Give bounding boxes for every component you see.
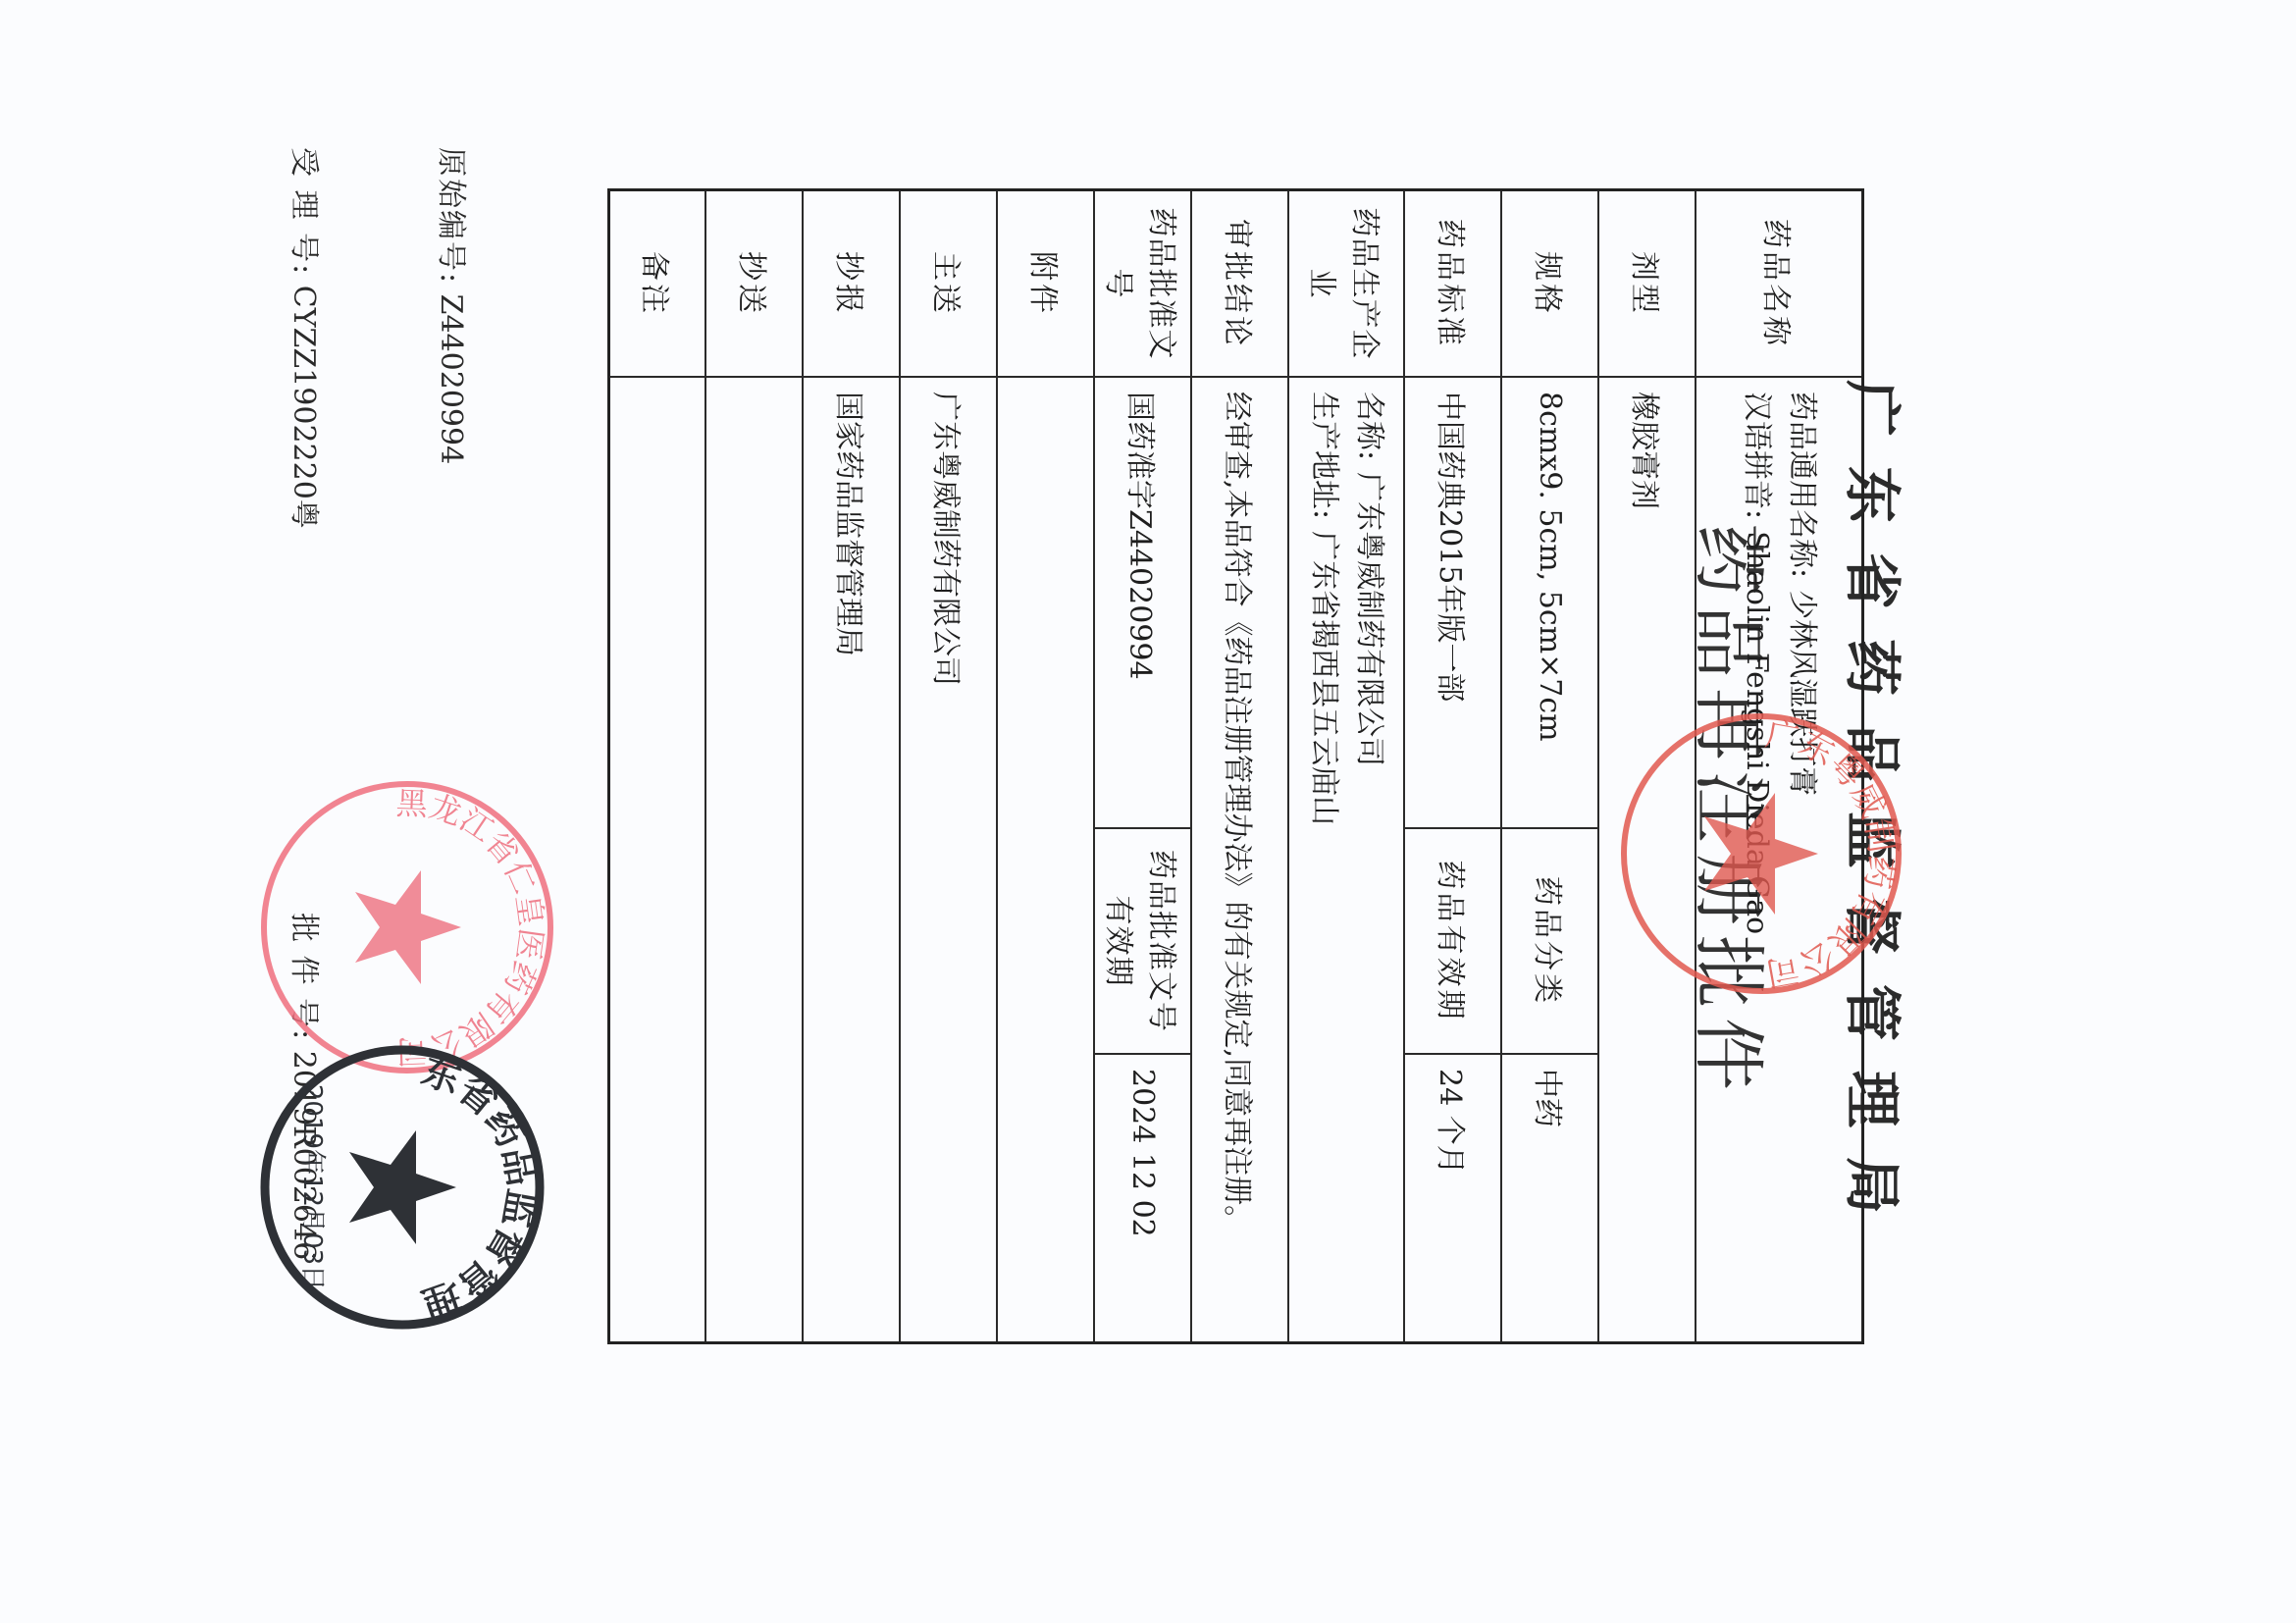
dosage-form-label: 剂型 xyxy=(1599,190,1696,378)
field-line-label: 名称: xyxy=(1353,392,1387,460)
specification-label: 规格 xyxy=(1502,190,1599,378)
field-line-label: 汉语拼音: xyxy=(1740,392,1774,519)
conclusion-label: 审批结论 xyxy=(1192,190,1289,378)
acceptance-number-value: CYZZ1902220粤 xyxy=(287,286,321,529)
table-row: 抄送 xyxy=(706,190,804,1343)
original-number-value: Z44020994 xyxy=(434,294,468,465)
approval-doc-number-value: 国药准字Z44020994 xyxy=(1095,377,1192,828)
drug-name-label: 药品名称 xyxy=(1696,190,1863,378)
drug-standard-value: 中国药典2015年版一部 xyxy=(1405,377,1502,828)
approval-validity-value: 2024 12 02 xyxy=(1095,1054,1192,1343)
shelf-life-value: 24 个月 xyxy=(1405,1054,1502,1343)
copy-to-value xyxy=(706,377,804,1343)
table-row: 规格8cmx9. 5cm, 5cm×7cm药品分类中药 xyxy=(1502,190,1599,1343)
table-row: 主送广东粤威制药有限公司 xyxy=(901,190,998,1343)
approval-document-page: 广东省药品监督管理局 药品再注册批件 原始编号: Z44020994 受 理 号… xyxy=(0,0,2296,1623)
field-line: 名称:广东粤威制药有限公司 xyxy=(1347,392,1392,1328)
approval-validity-label: 药品批准文号有效期 xyxy=(1095,828,1192,1054)
acceptance-number: 受 理 号: CYZZ1902220粤 xyxy=(286,147,329,529)
remarks-value xyxy=(609,377,706,1343)
report-to-value: 国家药品监督管理局 xyxy=(804,377,901,1343)
authority-stamp-date: 2019年12月03日 xyxy=(297,1084,327,1290)
attachment-label: 附件 xyxy=(998,190,1095,378)
copy-to-label: 抄送 xyxy=(706,190,804,378)
drug-category-label: 药品分类 xyxy=(1502,828,1599,1054)
table-row: 药品批准文号国药准字Z44020994药品批准文号有效期2024 12 02 xyxy=(1095,190,1192,1343)
conclusion-value: 经审查,本品符合《药品注册管理办法》的有关规定,同意再注册。 xyxy=(1192,377,1289,1343)
acceptance-number-label: 受 理 号: xyxy=(287,147,321,276)
distributor-stamp: 黑龙江省仁皇医药有限公司 xyxy=(255,775,559,1079)
main-recipient-value: 广东粤威制药有限公司 xyxy=(901,377,998,1343)
table-row: 审批结论经审查,本品符合《药品注册管理办法》的有关规定,同意再注册。 xyxy=(1192,190,1289,1343)
company-stamp: 广东粤威制药有限公司 xyxy=(1614,707,1908,1001)
table-row: 附件 xyxy=(998,190,1095,1343)
remarks-label: 备注 xyxy=(609,190,706,378)
approval-doc-number-label: 药品批准文号 xyxy=(1095,190,1192,378)
manufacturer-value: 名称:广东粤威制药有限公司生产地址:广东省揭西县五云庙山 xyxy=(1289,377,1405,1343)
field-line-value: 广东粤威制药有限公司 xyxy=(1353,472,1387,766)
main-recipient-label: 主送 xyxy=(901,190,998,378)
original-number-label: 原始编号: xyxy=(434,147,468,285)
field-line: 生产地址:广东省揭西县五云庙山 xyxy=(1302,392,1347,1328)
attachment-value xyxy=(998,377,1095,1343)
drug-standard-label: 药品标准 xyxy=(1405,190,1502,378)
field-line-label: 生产地址: xyxy=(1308,392,1342,519)
shelf-life-label: 药品有效期 xyxy=(1405,828,1502,1054)
table-row: 药品标准中国药典2015年版一部药品有效期24 个月 xyxy=(1405,190,1502,1343)
table-row: 药品生产企业名称:广东粤威制药有限公司生产地址:广东省揭西县五云庙山 xyxy=(1289,190,1405,1343)
report-to-label: 抄报 xyxy=(804,190,901,378)
drug-category-value: 中药 xyxy=(1502,1054,1599,1343)
field-line-value: 广东省揭西县五云庙山 xyxy=(1308,531,1342,825)
authority-stamp: 广东省药品监督管理局 2019年12月03日 xyxy=(255,1040,549,1335)
table-row: 备注 xyxy=(609,190,706,1343)
specification-value: 8cmx9. 5cm, 5cm×7cm xyxy=(1502,377,1599,828)
table-row: 抄报国家药品监督管理局 xyxy=(804,190,901,1343)
manufacturer-label: 药品生产企业 xyxy=(1289,190,1405,378)
field-line-label: 药品通用名称: xyxy=(1785,392,1819,578)
original-number: 原始编号: Z44020994 xyxy=(433,147,476,464)
